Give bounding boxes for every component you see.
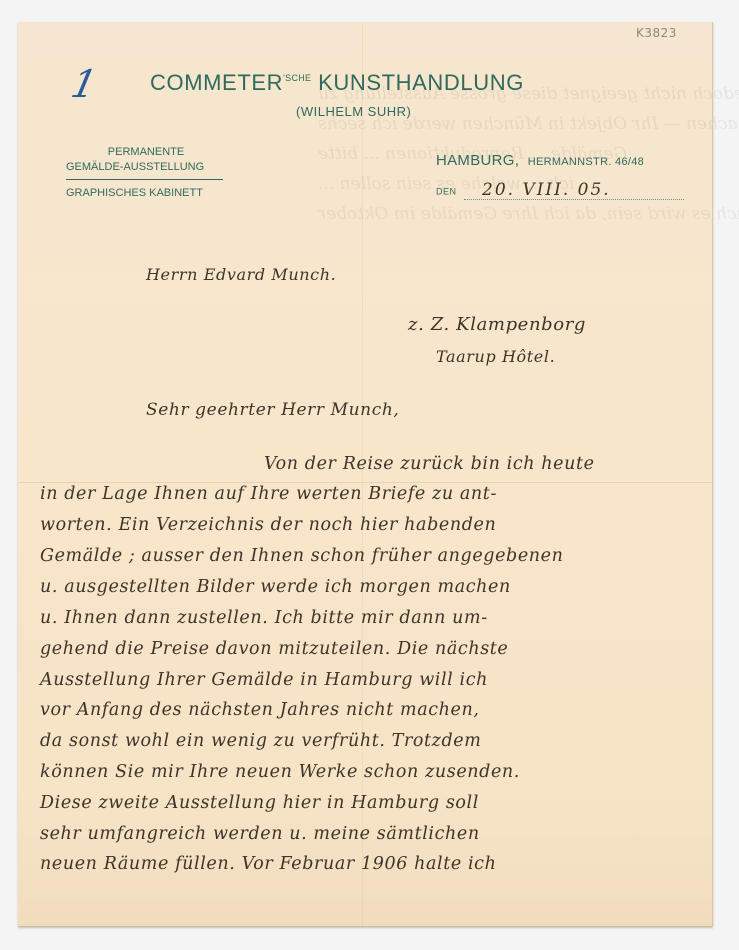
body-line: Gemälde ; ausser den Ihnen schon früher … (40, 546, 564, 566)
recipient-name: Herrn Edvard Munch. (146, 265, 336, 284)
department-line-1: PERMANENTE (66, 146, 226, 158)
department-line-2: GEMÄLDE-AUSSTELLUNG (66, 161, 246, 173)
letterhead-street: HERMANNSTR. 46/48 (528, 156, 644, 168)
letterhead-city: HAMBURG, (436, 152, 519, 169)
letterhead-departments: PERMANENTE GEMÄLDE-AUSSTELLUNG GRAPHISCH… (66, 146, 246, 199)
recipient-address-line-2: Taarup Hôtel. (436, 347, 555, 366)
body-line: in der Lage Ihnen auf Ihre werten Briefe… (40, 484, 497, 504)
handwritten-date: 20. VIII. 05. (482, 180, 611, 200)
page-number: 1 (67, 62, 101, 106)
date-line: DEN 20. VIII. 05. (436, 182, 684, 200)
body-line: können Sie mir Ihre neuen Werke schon zu… (40, 762, 520, 782)
body-line: Diese zweite Ausstellung hier in Hamburg… (40, 793, 479, 813)
show-through-text: auch es wird sein, da ich Ihre Gemälde i… (318, 204, 739, 224)
body-line: worten. Ein Verzeichnis der noch hier ha… (40, 515, 496, 535)
body-line: u. ausgestellten Bilder werde ich morgen… (40, 577, 511, 597)
firm-name-rest: KUNSTHANDLUNG (318, 70, 524, 95)
date-label: DEN (436, 186, 457, 196)
body-line: neuen Räume füllen. Vor Februar 1906 hal… (40, 854, 496, 874)
body-line: sehr umfangreich werden u. meine sämtlic… (40, 824, 480, 844)
body-line: gehend die Preise davon mitzuteilen. Die… (40, 639, 508, 659)
archive-number: K3823 (636, 26, 677, 40)
salutation: Sehr geehrter Herr Munch, (146, 400, 399, 420)
letterhead-firm-name: COMMETER'SCHE KUNSTHANDLUNG (150, 70, 524, 96)
paper-fold-horizontal (18, 482, 712, 483)
body-line: da sonst wohl ein wenig zu verfrüht. Tro… (40, 731, 481, 751)
body-line: vor Anfang des nächsten Jahres nicht mac… (40, 700, 480, 720)
department-line-3: GRAPHISCHES KABINETT (66, 187, 246, 199)
department-divider (66, 179, 223, 180)
letterhead-owner: (WILHELM SUHR) (296, 104, 411, 119)
letterhead-address: HAMBURG, HERMANNSTR. 46/48 (436, 152, 644, 170)
body-line: Von der Reise zurück bin ich heute (264, 454, 595, 474)
firm-name-main: COMMETER (150, 70, 283, 95)
body-line: u. Ihnen dann zustellen. Ich bitte mir d… (40, 608, 488, 628)
letter-page: es jedoch nicht geeignet diese grosse Au… (18, 22, 713, 927)
recipient-address-line-1: z. Z. Klampenborg (408, 314, 586, 335)
firm-name-superscript: 'SCHE (283, 73, 311, 83)
body-line: Ausstellung Ihrer Gemälde in Hamburg wil… (40, 670, 488, 690)
